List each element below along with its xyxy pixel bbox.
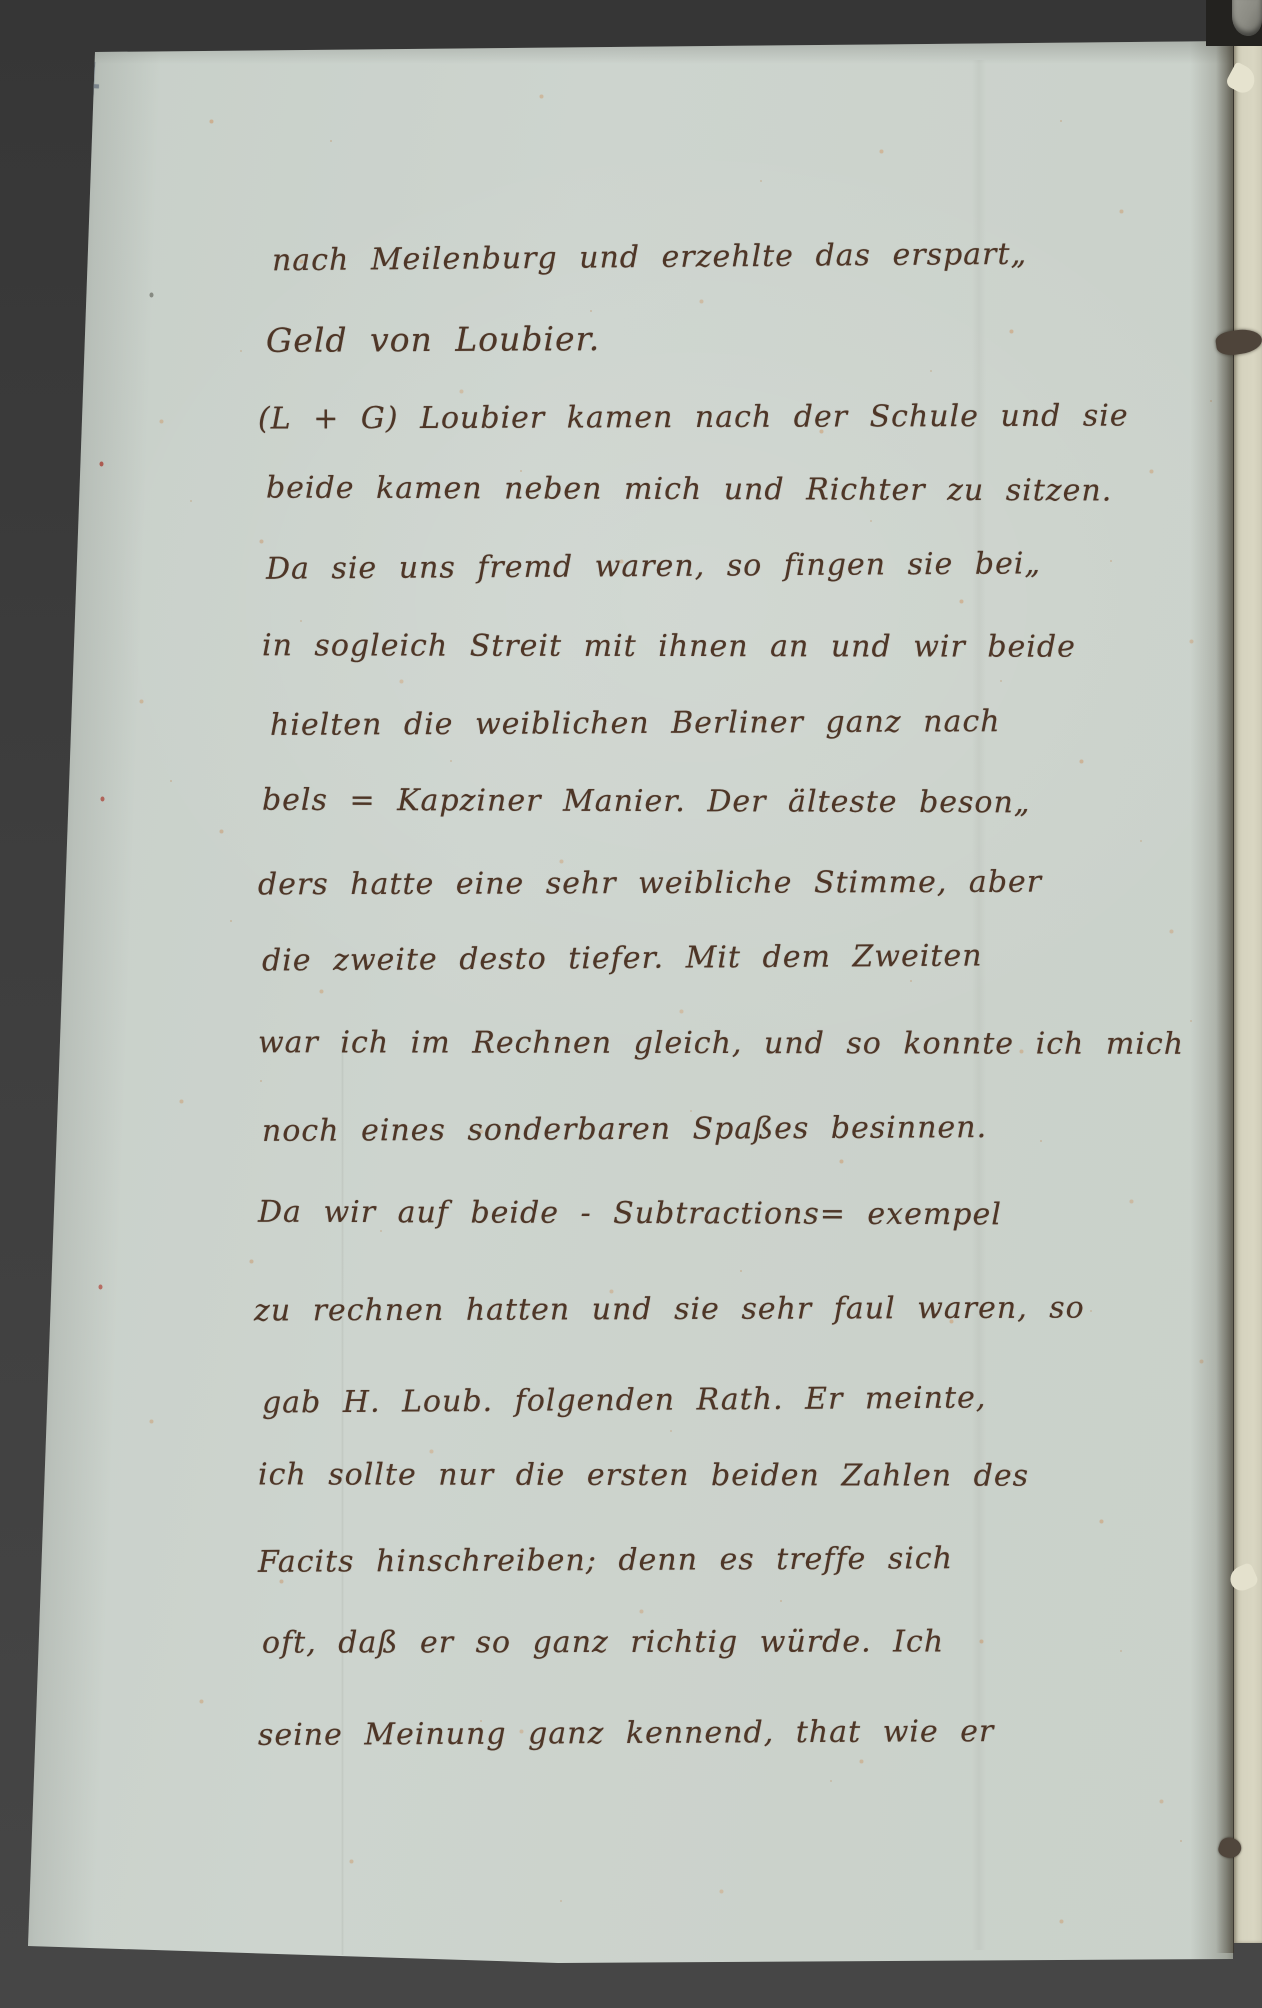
paper-fibre-speckles	[0, 0, 3, 4]
binding-gutter-shadow	[1216, 41, 1234, 1953]
binding-cord	[1232, 0, 1262, 36]
paper-crease	[341, 1040, 344, 1955]
paper-crease	[972, 60, 986, 1950]
manuscript-line: war ich im Rechnen gleich, und so konnte…	[258, 1025, 1184, 1062]
manuscript-line: hielten die weiblichen Berliner ganz nac…	[270, 704, 1001, 743]
manuscript-page: 34 nach Meilenburg und erzehlte das ersp…	[0, 0, 1262, 2008]
manuscript-line: Facits hinschreiben; denn es treffe sich	[258, 1541, 953, 1580]
manuscript-line: ich sollte nur die ersten beiden Zahlen …	[258, 1457, 1029, 1493]
paper-fibre-speckles	[0, 0, 3, 3]
page-edge-shadow	[0, 29, 162, 1982]
manuscript-line: die zweite desto tiefer. Mit dem Zweiten	[262, 938, 983, 978]
page-number: 34	[39, 50, 106, 108]
manuscript-line: nach Meilenburg und erzehlte das erspart…	[272, 237, 1027, 279]
manuscript-line: Da wir auf beide - Subtractions= exempel	[258, 1195, 1002, 1233]
manuscript-line: Geld von Loubier.	[266, 319, 600, 360]
manuscript-line: noch eines sonderbaren Spaßes besinnen.	[262, 1110, 987, 1149]
manuscript-scan: 34 nach Meilenburg und erzehlte das ersp…	[0, 0, 1262, 2008]
next-page-edge	[1234, 43, 1262, 1943]
paper-fibre-speckles	[0, 0, 2, 2]
manuscript-line: beide kamen neben mich und Richter zu si…	[266, 471, 1112, 509]
manuscript-line: oft, daß er so ganz richtig würde. Ich	[262, 1624, 944, 1660]
manuscript-line: Da sie uns fremd waren, so fingen sie be…	[266, 546, 1041, 586]
manuscript-line: bels = Kapziner Manier. Der älteste beso…	[262, 783, 1031, 821]
page-edge-shadow	[80, 38, 1240, 64]
manuscript-line: seine Meinung ganz kennend, that wie er	[258, 1714, 995, 1753]
manuscript-line: ders hatte eine sehr weibliche Stimme, a…	[258, 865, 1042, 903]
manuscript-line: gab H. Loub. folgenden Rath. Er meinte,	[262, 1380, 987, 1420]
manuscript-line: zu rechnen hatten und sie sehr faul ware…	[254, 1291, 1085, 1329]
manuscript-line: in sogleich Streit mit ihnen an und wir …	[262, 628, 1076, 664]
manuscript-line: (L + G) Loubier kamen nach der Schule un…	[258, 398, 1129, 436]
